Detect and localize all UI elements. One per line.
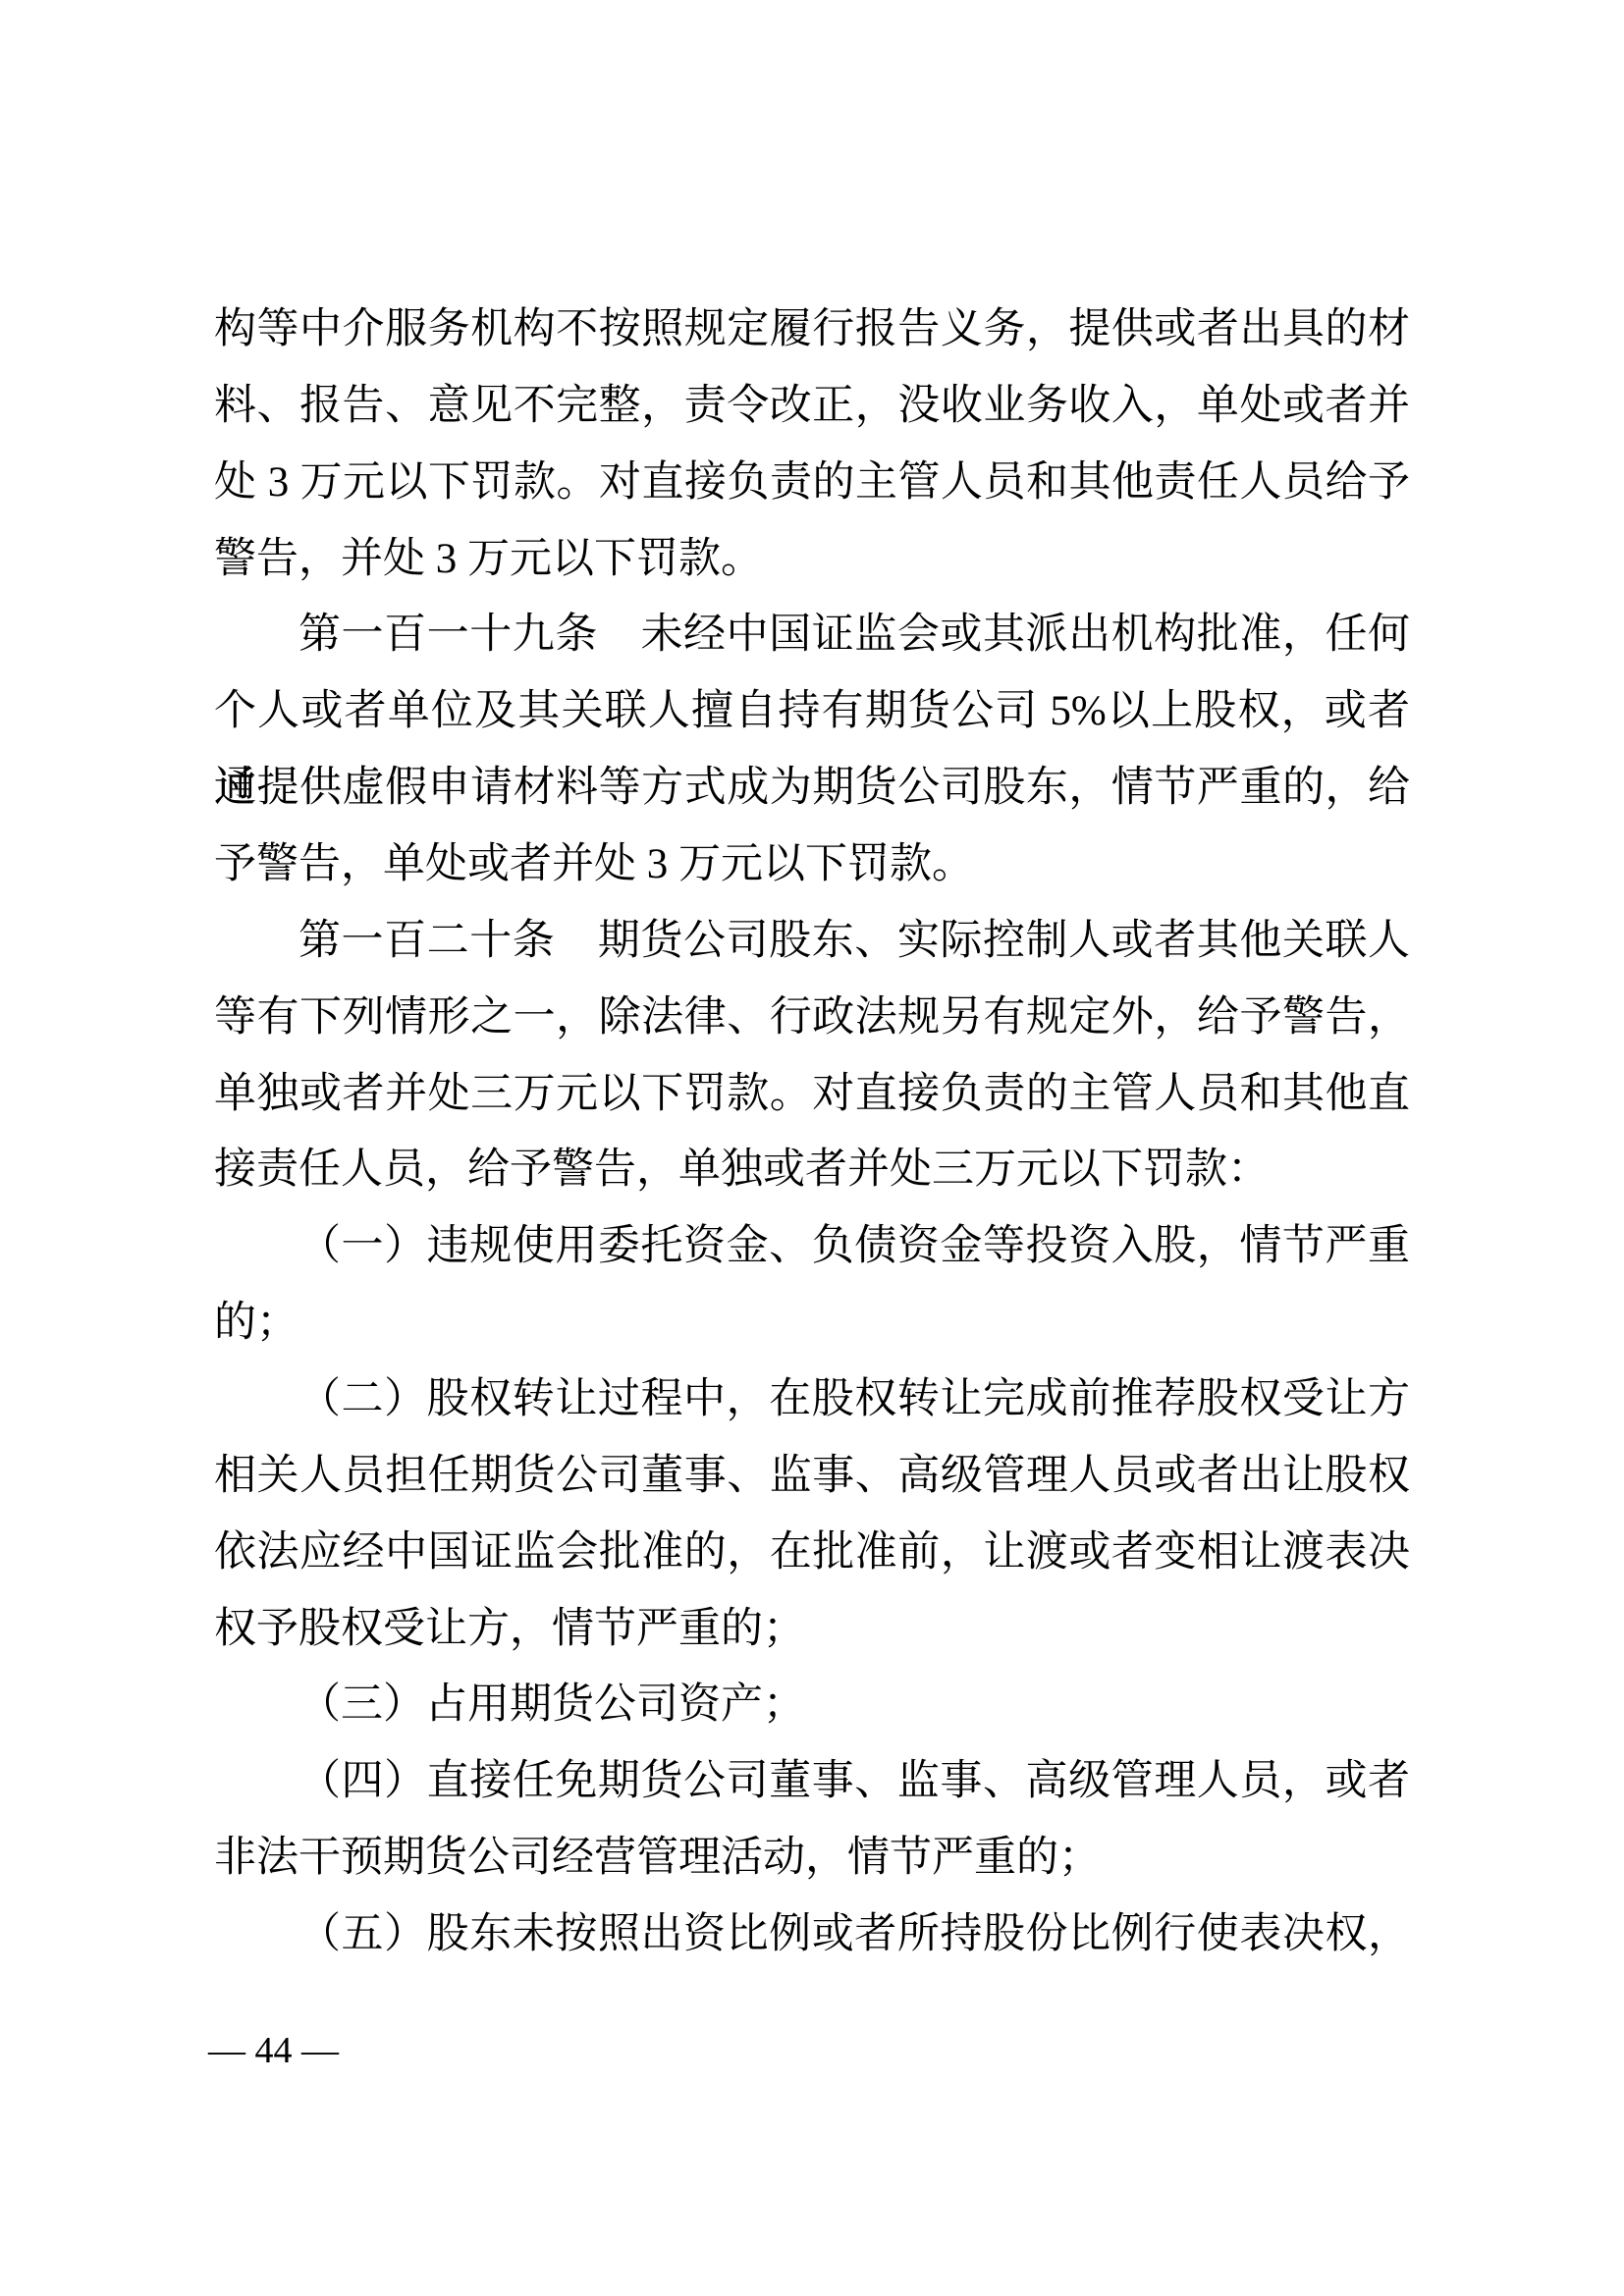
text-line: 警告，并处 3 万元以下罚款。 [214, 521, 1410, 598]
text-line: 单独或者并处三万元以下罚款。对直接负责的主管人员和其他直 [214, 1056, 1410, 1133]
text-line-article-120-start: 第一百二十条 期货公司股东、实际控制人或者其他关联人 [214, 903, 1410, 980]
text-line: 料、报告、意见不完整，责令改正，没收业务收入，单处或者并 [214, 368, 1410, 445]
text-line: 接责任人员，给予警告，单独或者并处三万元以下罚款： [214, 1132, 1410, 1208]
text-line-item-3: （三）占用期货公司资产； [214, 1667, 1410, 1743]
text-line: 过提供虚假申请材料等方式成为期货公司股东，情节严重的，给 [214, 750, 1410, 827]
text-line: 的； [214, 1285, 1410, 1362]
text-line: 等有下列情形之一，除法律、行政法规另有规定外，给予警告， [214, 980, 1410, 1056]
text-line: 处 3 万元以下罚款。对直接负责的主管人员和其他责任人员给予 [214, 445, 1410, 521]
document-page: 构等中介服务机构不按照规定履行报告义务，提供或者出具的材 料、报告、意见不完整，… [0, 0, 1624, 2296]
page-footer: — 44 — [208, 2027, 339, 2074]
text-line-item-4: （四）直接任免期货公司董事、监事、高级管理人员，或者 [214, 1743, 1410, 1820]
text-line-item-1: （一）违规使用委托资金、负债资金等投资入股，情节严重 [214, 1208, 1410, 1285]
text-line-item-2: （二）股权转让过程中，在股权转让完成前推荐股权受让方 [214, 1362, 1410, 1438]
text-line-item-5: （五）股东未按照出资比例或者所持股份比例行使表决权， [214, 1896, 1410, 1973]
text-line: 非法干预期货公司经营管理活动，情节严重的； [214, 1820, 1410, 1896]
text-line-article-119-start: 第一百一十九条 未经中国证监会或其派出机构批准，任何 [214, 597, 1410, 673]
text-line: 相关人员担任期货公司董事、监事、高级管理人员或者出让股权 [214, 1438, 1410, 1515]
text-line: 构等中介服务机构不按照规定履行报告义务，提供或者出具的材 [214, 292, 1410, 368]
document-text-block: 构等中介服务机构不按照规定履行报告义务，提供或者出具的材 料、报告、意见不完整，… [214, 292, 1410, 1973]
text-line: 依法应经中国证监会批准的，在批准前，让渡或者变相让渡表决 [214, 1515, 1410, 1591]
text-line: 权予股权受让方，情节严重的； [214, 1591, 1410, 1668]
text-line: 予警告，单处或者并处 3 万元以下罚款。 [214, 827, 1410, 903]
text-line: 个人或者单位及其关联人擅自持有期货公司 5%以上股权，或者通 [214, 673, 1410, 750]
page-number: — 44 — [208, 2030, 339, 2071]
